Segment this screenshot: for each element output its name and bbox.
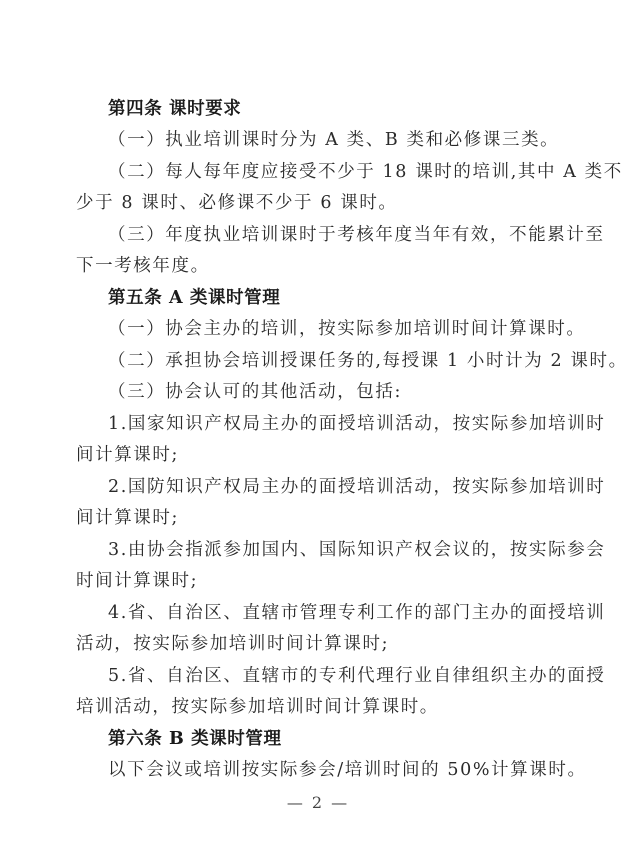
- article-5-sub-4-cont: 活动，按实际参加培训时间计算课时;: [76, 630, 562, 658]
- article-4-item-2-cont: 少于 8 课时、必修课不少于 6 课时。: [76, 189, 562, 217]
- article-5-sub-5-cont: 培训活动，按实际参加培训时间计算课时。: [76, 693, 562, 721]
- article-5-item-3: （三）协会认可的其他活动，包括:: [108, 378, 562, 406]
- article-5-sub-2-cont: 间计算课时;: [76, 504, 562, 532]
- article-4-item-3-cont: 下一考核年度。: [76, 252, 562, 280]
- article-4-item-1: （一）执业培训课时分为 A 类、B 类和必修课三类。: [108, 126, 562, 154]
- article-5-sub-1-cont: 间计算课时;: [76, 441, 562, 469]
- article-6-heading: 第六条 B 类课时管理: [108, 725, 562, 753]
- article-5-sub-4: 4.省、自治区、直辖市管理专利工作的部门主办的面授培训: [108, 599, 562, 627]
- article-5-heading: 第五条 A 类课时管理: [108, 284, 562, 312]
- article-5-item-2: （二）承担协会培训授课任务的,每授课 1 小时计为 2 课时。: [108, 347, 562, 375]
- article-4-heading: 第四条 课时要求: [108, 95, 562, 123]
- article-5-item-1: （一）协会主办的培训，按实际参加培训时间计算课时。: [108, 315, 562, 343]
- article-4-item-3: （三）年度执业培训课时于考核年度当年有效，不能累计至: [108, 221, 562, 249]
- article-5-sub-3: 3.由协会指派参加国内、国际知识产权会议的，按实际参会: [108, 536, 562, 564]
- article-6-text: 以下会议或培训按实际参会/培训时间的 50%计算课时。: [108, 756, 562, 784]
- article-5-sub-3-cont: 时间计算课时;: [76, 567, 562, 595]
- article-5-sub-1: 1.国家知识产权局主办的面授培训活动，按实际参加培训时: [108, 410, 562, 438]
- article-5-sub-5: 5.省、自治区、直辖市的专利代理行业自律组织主办的面授: [108, 662, 562, 690]
- article-5-sub-2: 2.国防知识产权局主办的面授培训活动，按实际参加培训时: [108, 473, 562, 501]
- document-page: 第四条 课时要求 （一）执业培训课时分为 A 类、B 类和必修课三类。 （二）每…: [0, 0, 636, 867]
- page-number: — 2 —: [0, 793, 636, 812]
- article-4-item-2: （二）每人每年度应接受不少于 18 课时的培训,其中 A 类不: [108, 158, 562, 186]
